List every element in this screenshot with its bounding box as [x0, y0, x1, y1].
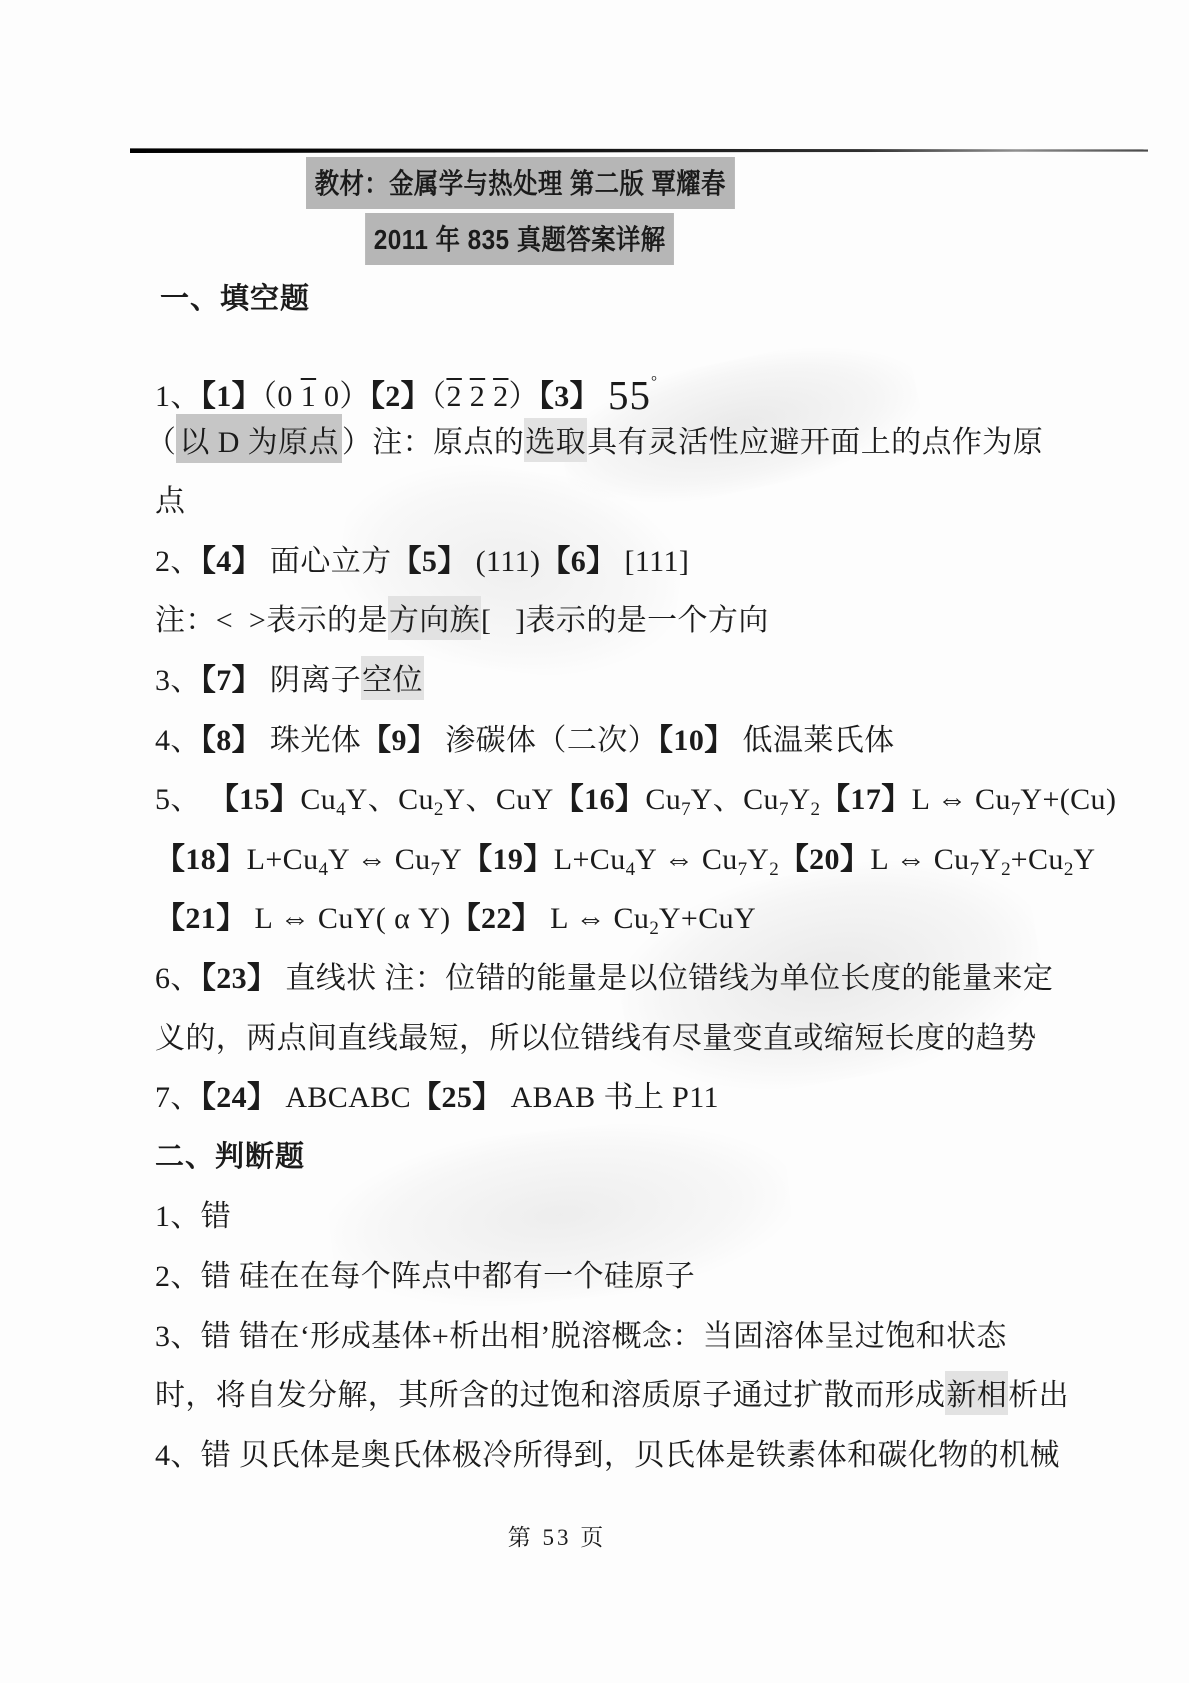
page-number: 第 53 页 [0, 1519, 1114, 1552]
fill-in-answer-1-note-cont: 点 [0, 472, 1189, 532]
textbook-title: 教材：金属学与热处理 第二版 覃耀春 [306, 157, 735, 209]
fill-in-answer-5-cont2: 【21】 L ⇔ CuY( α Y)【22】 L ⇔ Cu2Y+CuY [0, 889, 1189, 949]
true-false-answer-3: 3、错 错在‘形成基体+析出相’脱溶概念：当固溶体呈过饱和状态 [0, 1307, 1189, 1367]
fill-in-answer-3: 3、【7】 阴离子空位 [0, 651, 1189, 711]
fill-in-answer-1-note: （以 D 为原点）注：原点的选取具有灵活性应避开面上的点作为原 [0, 413, 1189, 473]
fill-in-answer-6: 6、【23】 直线状 注：位错的能量是以位错线为单位长度的能量来定 [0, 949, 1189, 1009]
document-header: 教材：金属学与热处理 第二版 覃耀春 [0, 157, 1040, 209]
answer-key-title: 2011 年 835 真题答案详解 [365, 213, 674, 265]
fill-in-answer-6-cont: 义的，两点间直线最短，所以位错线有尽量变直或缩短长度的趋势 [0, 1009, 1189, 1069]
document-subheader: 2011 年 835 真题答案详解 [0, 213, 1040, 265]
content-lines: 1、【1】（0 1 0）【2】（2 2 2）【3】 55°（以 D 为原点）注：… [0, 353, 1189, 1485]
fill-in-answer-1: 1、【1】（0 1 0）【2】（2 2 2）【3】 55° [0, 353, 1189, 413]
section-heading-fill-in: 一、填空题 [160, 276, 310, 317]
document-page: 教材：金属学与热处理 第二版 覃耀春 2011 年 835 真题答案详解 一、填… [0, 0, 1189, 1683]
true-false-answer-4: 4、错 贝氏体是奥氏体极冷所得到，贝氏体是铁素体和碳化物的机械 [0, 1426, 1189, 1486]
fill-in-answer-2: 2、【4】 面心立方【5】 (111)【6】 [111] [0, 532, 1189, 592]
fill-in-answer-4: 4、【8】 珠光体【9】 渗碳体（二次）【10】 低温莱氏体 [0, 711, 1189, 771]
header-rule [130, 148, 1148, 153]
fill-in-answer-7: 7、【24】 ABCABC【25】 ABAB 书上 P11 [0, 1068, 1189, 1128]
true-false-answer-2: 2、错 硅在在每个阵点中都有一个硅原子 [0, 1247, 1189, 1307]
section-heading-true-false: 二、判断题 [0, 1128, 1189, 1188]
true-false-answer-3-cont: 时，将自发分解，其所含的过饱和溶质原子通过扩散而形成新相析出 [0, 1366, 1189, 1426]
fill-in-answer-5-cont: 【18】L+Cu4Y ⇔ Cu7Y【19】L+Cu4Y ⇔ Cu7Y2【20】L… [0, 830, 1189, 890]
fill-in-answer-2-note: 注：< >表示的是方向族[ ]表示的是一个方向 [0, 591, 1189, 651]
fill-in-answer-5: 5、 【15】Cu4Y、Cu2Y、CuY【16】Cu7Y、Cu7Y2【17】L … [0, 770, 1189, 830]
true-false-answer-1: 1、错 [0, 1187, 1189, 1247]
